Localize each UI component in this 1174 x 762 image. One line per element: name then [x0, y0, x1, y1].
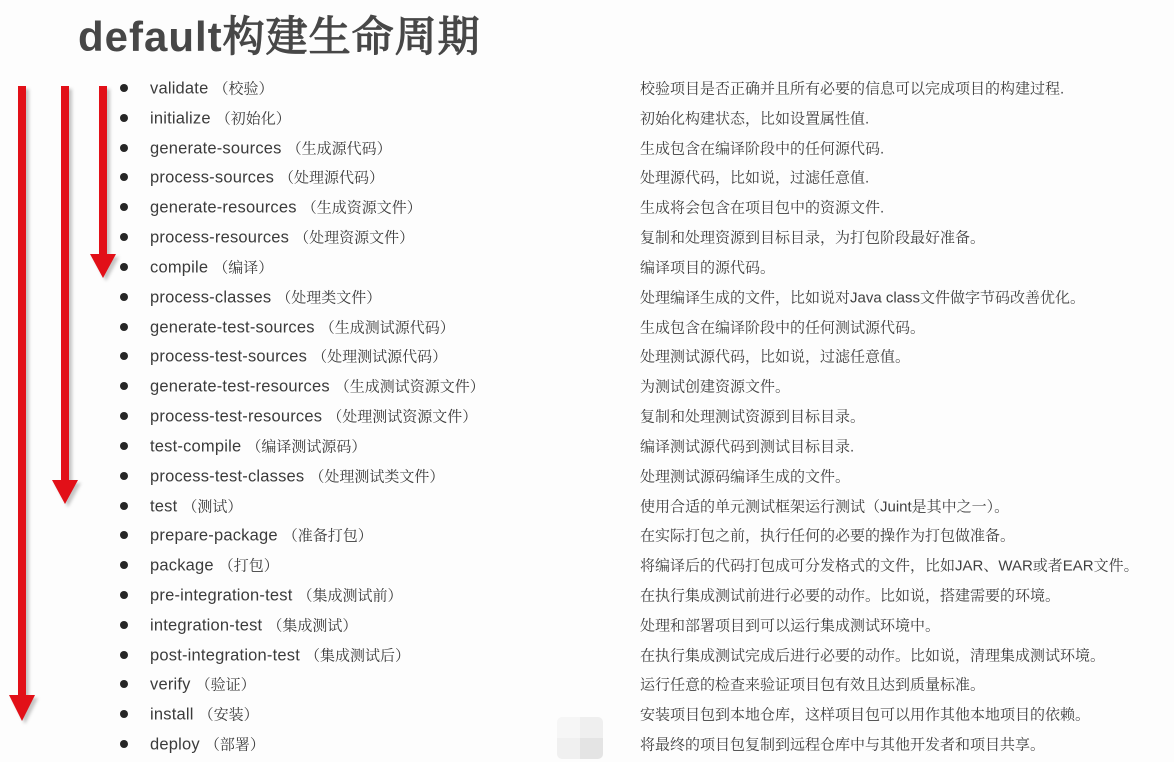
phase-description: 安装项目包到本地仓库，这样项目包可以用作其他本地项目的依赖。 — [640, 704, 1090, 725]
phase-description: 将最终的项目包复制到远程仓库中与其他开发者和项目共享。 — [640, 734, 1045, 755]
phase-label: install（安装） — [150, 704, 259, 725]
phase-name-chinese: （处理测试源代码） — [312, 349, 447, 366]
phase-row-process-sources: process-sources（处理源代码）处理源代码，比如说，过滤任意值. — [0, 162, 1174, 192]
phase-description: 复制和处理测试资源到目标目录。 — [640, 406, 865, 427]
phase-name-chinese: （打包） — [219, 558, 279, 575]
phase-name: post-integration-test — [150, 646, 300, 664]
phase-name: verify — [150, 676, 191, 694]
phase-description: 运行任意的检查来验证项目包有效且达到质量标准。 — [640, 674, 985, 695]
bullet-icon — [120, 651, 128, 659]
phase-row-initialize: initialize（初始化）初始化构建状态，比如设置属性值. — [0, 103, 1174, 133]
phase-name-chinese: （安装） — [199, 707, 259, 724]
bullet-icon — [120, 561, 128, 569]
phase-row-prepare-package: prepare-package（准备打包）在实际打包之前，执行任何的必要的操作为… — [0, 520, 1174, 550]
watermark-square — [557, 717, 603, 759]
bullet-icon — [120, 203, 128, 211]
phase-row-package: package（打包）将编译后的代码打包成可分发格式的文件，比如JAR、WAR或… — [0, 550, 1174, 580]
phase-description: 生成将会包含在项目包中的资源文件. — [640, 197, 884, 218]
phase-name-chinese: （处理测试资源文件） — [327, 409, 477, 426]
phase-name-chinese: （集成测试） — [267, 617, 357, 634]
phase-name: initialize — [150, 109, 211, 127]
phase-label: post-integration-test（集成测试后） — [150, 644, 410, 665]
phase-label: generate-test-resources（生成测试资源文件） — [150, 376, 485, 397]
bullet-icon — [120, 412, 128, 420]
phase-row-integration-test: integration-test（集成测试）处理和部署项目到可以运行集成测试环境… — [0, 610, 1174, 640]
bullet-icon — [120, 442, 128, 450]
phase-name: test-compile — [150, 437, 241, 455]
phase-row-generate-test-sources: generate-test-sources（生成测试源代码）生成包含在编译阶段中… — [0, 312, 1174, 342]
phase-name: pre-integration-test — [150, 586, 293, 604]
phase-name-chinese: （部署） — [205, 737, 265, 754]
phase-label: generate-sources（生成源代码） — [150, 137, 392, 158]
phase-description: 在实际打包之前，执行任何的必要的操作为打包做准备。 — [640, 525, 1015, 546]
phase-description: 编译测试源代码到测试目标目录. — [640, 435, 854, 456]
phase-name-chinese: （处理源代码） — [279, 170, 384, 187]
phase-name: process-resources — [150, 229, 289, 247]
phase-name: generate-test-resources — [150, 378, 330, 396]
phase-name: generate-test-sources — [150, 318, 315, 336]
phase-name-chinese: （集成测试前） — [298, 587, 403, 604]
phase-description: 复制和处理资源到目标目录，为打包阶段最好准备。 — [640, 227, 985, 248]
phase-label: prepare-package（准备打包） — [150, 525, 373, 546]
phase-description: 生成包含在编译阶段中的任何源代码. — [640, 137, 884, 158]
phase-name-chinese: （验证） — [196, 677, 256, 694]
phase-label: integration-test（集成测试） — [150, 614, 357, 635]
phase-description: 处理和部署项目到可以运行集成测试环境中。 — [640, 614, 940, 635]
phase-label: process-test-sources（处理测试源代码） — [150, 346, 447, 367]
phase-list: validate（校验）校验项目是否正确并且所有必要的信息可以完成项目的构建过程… — [0, 73, 1174, 759]
phase-name-chinese: （编译测试源码） — [246, 438, 366, 455]
bullet-icon — [120, 740, 128, 748]
phase-name-chinese: （准备打包） — [283, 528, 373, 545]
phase-label: process-test-resources（处理测试资源文件） — [150, 406, 477, 427]
phase-label: test-compile（编译测试源码） — [150, 435, 366, 456]
phase-description: 使用合适的单元测试框架运行测试（Juint是其中之一）。 — [640, 495, 1009, 516]
phase-row-generate-test-resources: generate-test-resources（生成测试资源文件）为测试创建资源… — [0, 371, 1174, 401]
phase-name-chinese: （生成测试源代码） — [320, 319, 455, 336]
phase-row-process-resources: process-resources（处理资源文件）复制和处理资源到目标目录，为打… — [0, 222, 1174, 252]
phase-name: install — [150, 706, 194, 724]
phase-name: process-test-resources — [150, 408, 322, 426]
phase-description: 在执行集成测试完成后进行必要的动作。比如说，清理集成测试环境。 — [640, 644, 1105, 665]
phase-name: test — [150, 497, 177, 515]
phase-description: 处理源代码，比如说，过滤任意值. — [640, 167, 869, 188]
phase-row-verify: verify（验证）运行任意的检查来验证项目包有效且达到质量标准。 — [0, 670, 1174, 700]
phase-name: generate-resources — [150, 199, 297, 217]
phase-row-process-test-sources: process-test-sources（处理测试源代码）处理测试源代码，比如说… — [0, 341, 1174, 371]
bullet-icon — [120, 233, 128, 241]
bullet-icon — [120, 472, 128, 480]
phase-name: validate — [150, 79, 208, 97]
phase-label: deploy（部署） — [150, 734, 265, 755]
bullet-icon — [120, 502, 128, 510]
phase-description: 校验项目是否正确并且所有必要的信息可以完成项目的构建过程. — [640, 77, 1064, 98]
phase-name: process-test-sources — [150, 348, 307, 366]
phase-name-chinese: （处理类文件） — [276, 289, 381, 306]
bullet-icon — [120, 144, 128, 152]
phase-name-chinese: （处理资源文件） — [294, 230, 414, 247]
bullet-icon — [120, 621, 128, 629]
phase-description: 处理测试源代码，比如说，过滤任意值。 — [640, 346, 910, 367]
phase-name-chinese: （测试） — [182, 498, 242, 515]
bullet-icon — [120, 114, 128, 122]
phase-row-pre-integration-test: pre-integration-test（集成测试前）在执行集成测试前进行必要的… — [0, 580, 1174, 610]
bullet-icon — [120, 382, 128, 390]
phase-description: 处理编译生成的文件，比如说对Java class文件做字节码改善优化。 — [640, 286, 1085, 307]
phase-description: 为测试创建资源文件。 — [640, 376, 790, 397]
bullet-icon — [120, 263, 128, 271]
lifecycle-slide: default构建生命周期 validate（校验）校验项目是否正确并且所有必要… — [0, 0, 1174, 762]
phase-label: package（打包） — [150, 555, 279, 576]
phase-label: validate（校验） — [150, 77, 274, 98]
phase-row-post-integration-test: post-integration-test（集成测试后）在执行集成测试完成后进行… — [0, 640, 1174, 670]
phase-description: 初始化构建状态，比如设置属性值. — [640, 107, 869, 128]
phase-description: 生成包含在编译阶段中的任何测试源代码。 — [640, 316, 925, 337]
phase-label: initialize（初始化） — [150, 107, 291, 128]
phase-label: process-resources（处理资源文件） — [150, 227, 414, 248]
phase-description: 处理测试源码编译生成的文件。 — [640, 465, 850, 486]
phase-name-chinese: （集成测试后） — [305, 647, 410, 664]
bullet-icon — [120, 591, 128, 599]
phase-row-validate: validate（校验）校验项目是否正确并且所有必要的信息可以完成项目的构建过程… — [0, 73, 1174, 103]
phase-row-process-test-classes: process-test-classes（处理测试类文件）处理测试源码编译生成的… — [0, 461, 1174, 491]
phase-row-test: test（测试）使用合适的单元测试框架运行测试（Juint是其中之一）。 — [0, 491, 1174, 521]
phase-name-chinese: （生成源代码） — [287, 140, 392, 157]
bullet-icon — [120, 680, 128, 688]
phase-name: integration-test — [150, 616, 262, 634]
phase-row-compile: compile（编译）编译项目的源代码。 — [0, 252, 1174, 282]
bullet-icon — [120, 323, 128, 331]
phase-name-chinese: （生成测试资源文件） — [335, 379, 485, 396]
phase-description: 将编译后的代码打包成可分发格式的文件，比如JAR、WAR或者EAR文件。 — [640, 555, 1139, 576]
page-title: default构建生命周期 — [78, 4, 481, 64]
phase-row-process-classes: process-classes（处理类文件）处理编译生成的文件，比如说对Java… — [0, 282, 1174, 312]
phase-name-chinese: （初始化） — [216, 110, 291, 127]
phase-name: process-classes — [150, 288, 271, 306]
phase-row-generate-resources: generate-resources（生成资源文件）生成将会包含在项目包中的资源… — [0, 192, 1174, 222]
bullet-icon — [120, 352, 128, 360]
phase-name-chinese: （生成资源文件） — [302, 200, 422, 217]
phase-row-test-compile: test-compile（编译测试源码）编译测试源代码到测试目标目录. — [0, 431, 1174, 461]
phase-name: compile — [150, 258, 208, 276]
phase-label: compile（编译） — [150, 256, 273, 277]
phase-label: process-sources（处理源代码） — [150, 167, 384, 188]
phase-label: test（测试） — [150, 495, 242, 516]
bullet-icon — [120, 293, 128, 301]
phase-name-chinese: （校验） — [213, 80, 273, 97]
phase-name: package — [150, 557, 214, 575]
phase-row-generate-sources: generate-sources（生成源代码）生成包含在编译阶段中的任何源代码. — [0, 133, 1174, 163]
phase-description: 编译项目的源代码。 — [640, 256, 775, 277]
phase-label: generate-resources（生成资源文件） — [150, 197, 422, 218]
phase-name-chinese: （处理测试类文件） — [309, 468, 444, 485]
bullet-icon — [120, 84, 128, 92]
phase-name: deploy — [150, 736, 200, 754]
phase-name: process-test-classes — [150, 467, 304, 485]
phase-label: process-test-classes（处理测试类文件） — [150, 465, 444, 486]
bullet-icon — [120, 531, 128, 539]
phase-name: prepare-package — [150, 527, 278, 545]
phase-label: process-classes（处理类文件） — [150, 286, 381, 307]
bullet-icon — [120, 173, 128, 181]
phase-label: generate-test-sources（生成测试源代码） — [150, 316, 455, 337]
phase-description: 在执行集成测试前进行必要的动作。比如说，搭建需要的环境。 — [640, 584, 1060, 605]
phase-row-process-test-resources: process-test-resources（处理测试资源文件）复制和处理测试资… — [0, 401, 1174, 431]
phase-label: pre-integration-test（集成测试前） — [150, 584, 403, 605]
phase-label: verify（验证） — [150, 674, 256, 695]
phase-name: generate-sources — [150, 139, 282, 157]
phase-name-chinese: （编译） — [213, 259, 273, 276]
bullet-icon — [120, 710, 128, 718]
phase-name: process-sources — [150, 169, 274, 187]
